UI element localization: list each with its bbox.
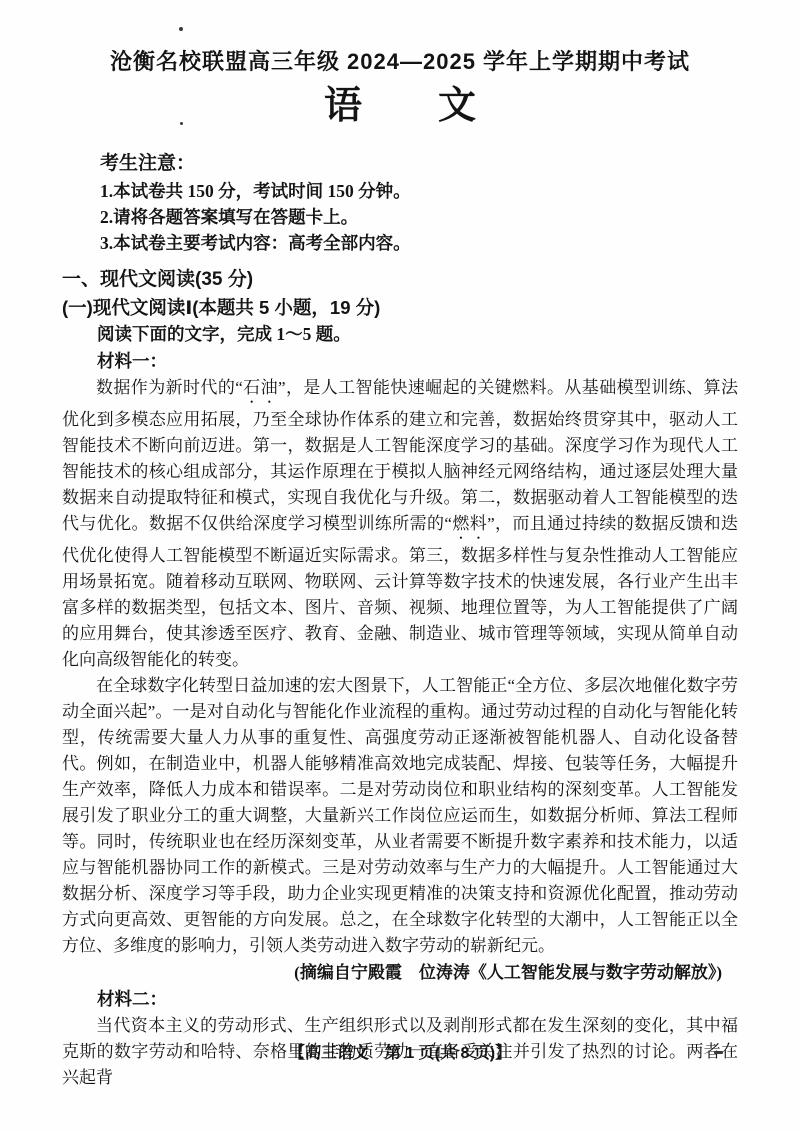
scan-artifact-dot — [179, 27, 183, 31]
material-2-label: 材料二： — [62, 986, 738, 1013]
exam-paper-page: 沧衡名校联盟高三年级 2024—2025 学年上学期期中考试 语 文 考生注意：… — [0, 0, 800, 1131]
scan-artifact-dot — [180, 122, 183, 125]
exam-title: 沧衡名校联盟高三年级 2024—2025 学年上学期期中考试 — [62, 48, 738, 76]
material-1-label: 材料一： — [62, 348, 738, 375]
material-1-paragraph-2: 在全球数字化转型日益加速的宏大图景下，人工智能正“全方位、多层次地催化数字劳动全… — [62, 673, 738, 959]
subject-title: 语 文 — [62, 80, 738, 132]
page-footer: 【高三语文 第 1 页(共 8 页)】 — [0, 1040, 800, 1063]
material-1-paragraph-1: 数据作为新时代的“石油”，是人工智能快速崛起的关键燃料。从基础模型训练、算法优化… — [62, 375, 738, 673]
page-content: 沧衡名校联盟高三年级 2024—2025 学年上学期期中考试 语 文 考生注意：… — [0, 0, 800, 1091]
notice-item-1: 1.本试卷共 150 分，考试时间 150 分钟。 — [100, 178, 738, 204]
subsection-heading-reading-1: (一)现代文阅读Ⅰ(本题共 5 小题，19 分) — [62, 294, 738, 321]
notice-item-2: 2.请将各题答案填写在答题卡上。 — [100, 204, 738, 230]
notice-heading: 考生注意： — [100, 150, 738, 178]
candidate-notice: 考生注意： 1.本试卷共 150 分，考试时间 150 分钟。 2.请将各题答案… — [62, 150, 738, 256]
reading-instruction: 阅读下面的文字，完成 1～5 题。 — [62, 321, 738, 348]
material-1-citation: (摘编自宁殿霞 位涛涛《人工智能发展与数字劳动解放》) — [62, 959, 738, 986]
notice-item-3: 3.本试卷主要考试内容：高考全部内容。 — [100, 230, 738, 256]
section-heading-modern-reading: 一、现代文阅读(35 分) — [62, 266, 738, 294]
